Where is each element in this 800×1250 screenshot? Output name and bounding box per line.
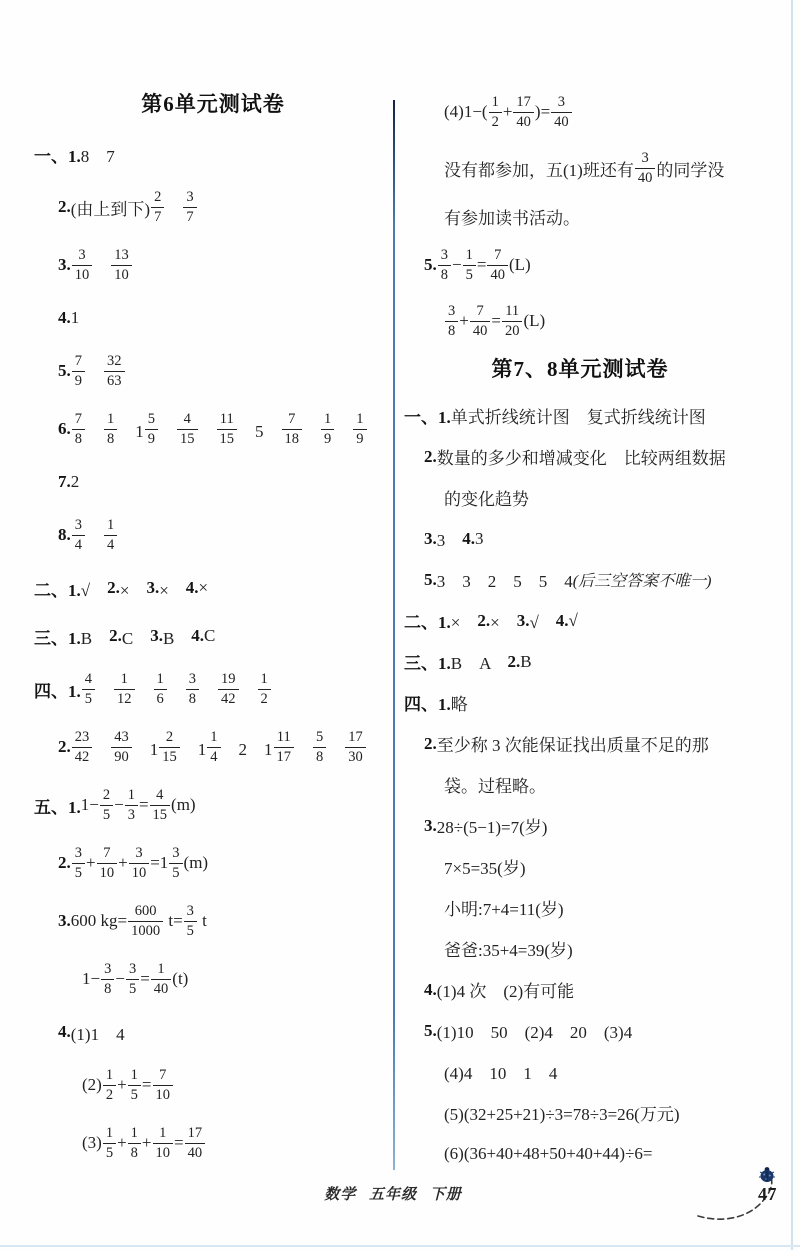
answer-label: 4. (58, 1022, 71, 1042)
answer-text: 1 (118, 417, 144, 442)
section-title: 第7、8单元测试卷 (404, 349, 796, 389)
answer-text (96, 677, 113, 702)
answer-label: 三、1. (404, 649, 451, 674)
answer-text: + (86, 853, 96, 873)
answer-text (93, 253, 110, 278)
answer-text: 1− (81, 795, 99, 815)
fraction: 1117 (274, 729, 295, 765)
answer-line: 四、1.45 112 16 38 1942 12 (34, 660, 392, 718)
answer-text (168, 677, 185, 702)
fraction-denominator: 5 (100, 806, 113, 824)
fraction-denominator: 12 (114, 690, 135, 708)
answer-label: 2. (107, 578, 120, 598)
answer-text: (L) (523, 311, 545, 331)
answer-label: 5. (424, 255, 437, 275)
fraction-numerator: 1 (489, 94, 502, 113)
fraction: 35 (169, 845, 182, 881)
fraction-denominator: 8 (72, 430, 85, 448)
fraction-denominator: 6 (154, 690, 167, 708)
answer-label: 一、1. (404, 403, 451, 428)
answer-text: 单式折线统计图 复式折线统计图 (451, 403, 706, 428)
answer-label: 2. (109, 626, 122, 646)
answer-text: 3 (475, 529, 484, 549)
answer-label: 3. (150, 626, 163, 646)
answer-line: 有参加读书活动。 (404, 196, 796, 237)
fraction: 38 (445, 303, 458, 339)
answer-line: 二、1.√ 2.× 3.× 4.× (34, 564, 392, 612)
answer-label: 五、1. (34, 793, 81, 818)
fraction-numerator: 3 (169, 845, 182, 864)
fraction: 18 (104, 411, 117, 447)
fraction-numerator: 5 (313, 729, 326, 748)
fraction-denominator: 17 (274, 748, 295, 766)
fraction-numerator: 3 (72, 517, 85, 536)
answer-text: (m) (171, 795, 196, 815)
fraction-numerator: 1 (353, 411, 366, 430)
fraction-denominator: 8 (128, 1144, 141, 1162)
answer-label: 3. (58, 911, 71, 931)
answer-line: 3.600 kg=6001000 t=35 t (34, 892, 392, 950)
answer-line: 6.78 18 159 415 1115 5 718 19 19 (34, 400, 392, 458)
fraction: 14 (104, 517, 117, 553)
fraction: 710 (153, 1067, 174, 1103)
footer-book-title: 数学 (324, 1187, 356, 1203)
fraction-numerator: 1 (128, 1067, 141, 1086)
answer-label: 2. (424, 447, 437, 467)
fraction-numerator: 2 (100, 787, 113, 806)
fraction: 12 (258, 671, 271, 707)
answer-text: 600 kg= (71, 911, 127, 931)
fraction-numerator: 4 (150, 787, 171, 806)
answer-text: = (491, 311, 501, 331)
answer-text: 2 1 (222, 735, 273, 760)
fraction: 38 (101, 961, 114, 997)
fraction-denominator: 90 (111, 748, 132, 766)
fraction: 16 (154, 671, 167, 707)
fraction-denominator: 5 (128, 1086, 141, 1104)
fraction: 58 (313, 729, 326, 765)
fraction-denominator: 3 (125, 806, 138, 824)
answer-text: 3 (437, 526, 463, 551)
answer-text: − (452, 255, 462, 275)
fraction-denominator: 10 (153, 1144, 174, 1162)
answer-line: 4.(1)4 次 (2)有可能 (404, 969, 796, 1010)
fraction-numerator: 1 (125, 787, 138, 806)
answer-line: 38+740=1120(L) (404, 293, 796, 349)
fraction-numerator: 3 (635, 150, 656, 169)
fraction-numerator: 1 (151, 961, 172, 980)
fraction: 1740 (513, 94, 534, 130)
fraction: 34 (72, 517, 85, 553)
answer-text: 1 (133, 735, 159, 760)
answer-text: (1)1 4 (71, 1020, 125, 1045)
answer-text (86, 359, 103, 384)
answer-text (335, 417, 352, 442)
fraction: 15 (128, 1067, 141, 1103)
fraction-numerator: 3 (101, 961, 114, 980)
fraction-numerator: 3 (438, 247, 451, 266)
fraction-numerator: 7 (153, 1067, 174, 1086)
fraction: 15 (463, 247, 476, 283)
fraction-numerator: 1 (104, 517, 117, 536)
fraction-numerator: 7 (282, 411, 303, 430)
fraction-numerator: 1 (154, 671, 167, 690)
fraction: 1310 (111, 247, 132, 283)
fraction: 3263 (104, 353, 125, 389)
answer-text: × (490, 608, 517, 633)
answer-line: 3.28÷(5−1)=7(岁) (404, 805, 796, 846)
fraction-numerator: 1 (103, 1067, 116, 1086)
answer-label: 4. (556, 611, 569, 631)
answer-line: 5.(1)10 50 (2)4 20 (3)4 (404, 1010, 796, 1051)
fraction: 45 (82, 671, 95, 707)
fraction-denominator: 42 (218, 690, 239, 708)
fraction: 19 (353, 411, 366, 447)
fraction-denominator: 9 (145, 430, 158, 448)
fraction-denominator: 15 (177, 430, 198, 448)
answer-label: 四、1. (34, 677, 81, 702)
answer-line: 二、1.× 2.× 3.√ 4.√ (404, 600, 796, 641)
answer-line: 8.34 14 (34, 506, 392, 564)
fraction-numerator: 4 (82, 671, 95, 690)
fraction: 1730 (345, 729, 366, 765)
answer-text: 至少称 3 次能保证找出质量不足的那 (437, 731, 709, 756)
note-text: (后三空答案不唯一) (573, 568, 712, 591)
fraction-numerator: 43 (111, 729, 132, 748)
fraction-numerator: 23 (72, 729, 93, 748)
answer-text (327, 735, 344, 760)
answer-text: (2) (82, 1075, 102, 1095)
answer-text: 1− (82, 969, 100, 989)
section-title: 第6单元测试卷 (34, 84, 392, 124)
fraction-numerator: 17 (185, 1125, 206, 1144)
fraction-numerator: 1 (104, 411, 117, 430)
answer-text: (1)10 50 (2)4 20 (3)4 (437, 1018, 632, 1043)
answer-label: 7. (58, 472, 71, 492)
answer-text: 7×5=35(岁) (444, 854, 526, 879)
fraction: 2342 (72, 729, 93, 765)
answer-text: (4)1−( (444, 102, 488, 122)
fraction-numerator: 1 (463, 247, 476, 266)
answer-label: 一、1. (34, 142, 81, 167)
answer-text: (5)(32+25+21)÷3=78÷3=26(万元) (444, 1100, 679, 1125)
answer-text: 1 (181, 735, 207, 760)
fraction-numerator: 3 (126, 961, 139, 980)
answer-line: 5.3 3 2 5 5 4(后三空答案不唯一) (404, 559, 796, 600)
fraction-denominator: 8 (104, 430, 117, 448)
fraction-denominator: 40 (551, 113, 572, 131)
fraction: 112 (114, 671, 135, 707)
fraction-denominator: 40 (185, 1144, 206, 1162)
fraction-numerator: 3 (445, 303, 458, 322)
fraction-denominator: 10 (97, 864, 118, 882)
answer-label: 3. (517, 611, 530, 631)
fraction-denominator: 42 (72, 748, 93, 766)
answer-text: = (142, 1075, 152, 1095)
fraction: 78 (72, 411, 85, 447)
dashed-curve-decoration (694, 1166, 798, 1222)
fraction-denominator: 4 (72, 536, 85, 554)
answer-text: t (198, 911, 207, 931)
fraction-numerator: 4 (177, 411, 198, 430)
answer-label: 8. (58, 525, 71, 545)
fraction-numerator: 32 (104, 353, 125, 372)
answer-text: (1)4 次 (2)有可能 (437, 977, 574, 1002)
answer-text: 8 7 (81, 142, 115, 167)
fraction-numerator: 3 (183, 189, 196, 208)
fraction: 710 (97, 845, 118, 881)
fraction-denominator: 40 (151, 980, 172, 998)
answer-label: 四、1. (404, 690, 451, 715)
fraction-denominator: 63 (104, 372, 125, 390)
answer-text: × (199, 578, 209, 598)
fraction: 27 (151, 189, 164, 225)
answer-line: 袋。过程略。 (404, 764, 796, 805)
answer-label: 二、1. (404, 608, 451, 633)
answer-label: 5. (424, 1021, 437, 1041)
answer-text: )= (535, 102, 550, 122)
answer-line: 三、1.B 2.C 3.B 4.C (34, 612, 392, 660)
answer-label: 6. (58, 419, 71, 439)
fraction: 1942 (218, 671, 239, 707)
fraction-numerator: 3 (551, 94, 572, 113)
fraction-numerator: 3 (186, 671, 199, 690)
answer-text: √ (81, 576, 107, 601)
answer-line: 4.(1)1 4 (34, 1008, 392, 1056)
answer-text: B (81, 624, 109, 649)
fraction-denominator: 10 (72, 266, 93, 284)
answer-text: =1 (150, 853, 168, 873)
answer-text: − (114, 795, 124, 815)
answer-text: √ (569, 611, 578, 631)
answer-text: + (118, 853, 128, 873)
fraction: 35 (72, 845, 85, 881)
answer-text: C (122, 624, 150, 649)
fraction-numerator: 17 (345, 729, 366, 748)
fraction-denominator: 1000 (128, 922, 163, 940)
page-footer: 数学 五年级 下册 (278, 1183, 508, 1204)
fraction-denominator: 5 (463, 266, 476, 284)
answer-line: 5.79 3263 (34, 342, 392, 400)
fraction-numerator: 1 (153, 1125, 174, 1144)
beetle-icon (757, 1166, 777, 1183)
fraction-denominator: 7 (151, 208, 164, 226)
answer-text: 数量的多少和增减变化 比较两组数据 (437, 444, 726, 469)
answer-text: (m) (184, 853, 209, 873)
fraction-numerator: 7 (72, 353, 85, 372)
answer-text (199, 417, 216, 442)
answer-line: 的变化趋势 (404, 477, 796, 518)
fraction: 37 (183, 189, 196, 225)
answer-text: 袋。过程略。 (444, 772, 546, 797)
answer-text: × (159, 576, 186, 601)
fraction: 140 (151, 961, 172, 997)
answer-line: 2.35+710+310=135(m) (34, 834, 392, 892)
answer-text: √ (529, 608, 555, 633)
answer-line: 2.数量的多少和增减变化 比较两组数据 (404, 436, 796, 477)
fraction-denominator: 8 (186, 690, 199, 708)
fraction-numerator: 5 (145, 411, 158, 430)
answer-text: t= (164, 911, 183, 931)
answer-text: 小明:7+4=11(岁) (444, 895, 564, 920)
answer-line: 一、1.8 7 (34, 130, 392, 178)
answer-line: 7×5=35(岁) (404, 846, 796, 887)
fraction-denominator: 4 (207, 748, 220, 766)
fraction-numerator: 1 (258, 671, 271, 690)
fraction-denominator: 40 (513, 113, 534, 131)
answer-text (136, 677, 153, 702)
answer-text: 略 (451, 690, 468, 715)
fraction-denominator: 2 (103, 1086, 116, 1104)
answer-text: = (139, 795, 149, 815)
answer-text: (L) (509, 255, 531, 275)
answer-text: (3) (82, 1133, 102, 1153)
fraction-numerator: 1 (103, 1125, 116, 1144)
fraction-numerator: 17 (513, 94, 534, 113)
answer-label: 5. (58, 361, 71, 381)
answer-text: × (451, 608, 478, 633)
fraction-denominator: 40 (470, 322, 491, 340)
answer-line: 2.至少称 3 次能保证找出质量不足的那 (404, 723, 796, 764)
answer-text: 1 (71, 308, 80, 328)
answer-text: + (503, 102, 513, 122)
page-number: 47 (758, 1184, 777, 1205)
answer-text (303, 417, 320, 442)
fraction-denominator: 5 (184, 922, 197, 940)
answer-text (93, 735, 110, 760)
fraction-numerator: 11 (502, 303, 523, 322)
fraction-numerator: 600 (128, 903, 163, 922)
answer-line: 4.1 (34, 294, 392, 342)
fraction-numerator: 3 (184, 903, 197, 922)
answer-text: + (142, 1133, 152, 1153)
answer-label: 4. (58, 308, 71, 328)
answer-label: 3. (424, 816, 437, 836)
answer-text (86, 417, 103, 442)
answer-text: (t) (172, 969, 188, 989)
answer-text: = (140, 969, 150, 989)
answer-line: 2.2342 4390 1215 114 2 11117 58 1730 (34, 718, 392, 776)
fraction-numerator: 2 (159, 729, 180, 748)
answer-line: 1−38−35=140(t) (34, 950, 392, 1008)
left-column: 第6单元测试卷一、1.8 72.(由上到下)27 373.310 13104.1… (34, 84, 392, 1172)
fraction: 740 (470, 303, 491, 339)
fraction-denominator: 10 (153, 1086, 174, 1104)
answer-line: (4)1−(12+1740)=340 (404, 84, 796, 140)
answer-label: 三、1. (34, 624, 81, 649)
answer-text: 5 (238, 417, 281, 442)
answer-text: + (117, 1075, 127, 1095)
answer-text: (6)(36+40+48+50+40+44)÷6= (444, 1144, 653, 1164)
answer-text: 爸爸:35+4=39(岁) (444, 936, 573, 961)
answer-text: (4)4 10 1 4 (444, 1059, 557, 1084)
answer-label: 3. (424, 529, 437, 549)
fraction-numerator: 3 (72, 845, 85, 864)
fraction: 35 (184, 903, 197, 939)
fraction-denominator: 9 (72, 372, 85, 390)
fraction: 35 (126, 961, 139, 997)
answer-label: 3. (58, 255, 71, 275)
footer-grade: 五年级 (369, 1187, 417, 1203)
fraction-denominator: 30 (345, 748, 366, 766)
answer-text: 28÷(5−1)=7(岁) (437, 813, 548, 838)
answer-line: (5)(32+25+21)÷3=78÷3=26(万元) (404, 1092, 796, 1133)
fraction: 19 (321, 411, 334, 447)
answer-text (165, 195, 182, 220)
fraction-denominator: 10 (111, 266, 132, 284)
answer-label: 4. (462, 529, 475, 549)
answer-text: 2 (71, 472, 80, 492)
fraction-numerator: 7 (470, 303, 491, 322)
fraction-numerator: 2 (151, 189, 164, 208)
answer-text: × (120, 576, 147, 601)
fraction: 110 (153, 1125, 174, 1161)
fraction: 415 (177, 411, 198, 447)
fraction-numerator: 1 (321, 411, 334, 430)
page-edge-bottom (0, 1245, 800, 1247)
fraction-numerator: 7 (72, 411, 85, 430)
fraction: 14 (207, 729, 220, 765)
answer-text (295, 735, 312, 760)
answer-text: 没有都参加，五(1)班还有 (444, 156, 634, 181)
answer-line: (2)12+15=710 (34, 1056, 392, 1114)
answer-text: 的变化趋势 (444, 485, 529, 510)
workbook-answer-page: 第6单元测试卷一、1.8 72.(由上到下)27 373.310 13104.1… (0, 0, 800, 1250)
fraction-denominator: 7 (183, 208, 196, 226)
fraction-denominator: 5 (103, 1144, 116, 1162)
answer-text: 3 3 2 5 5 4 (437, 567, 573, 592)
fraction-denominator: 5 (82, 690, 95, 708)
fraction: 1120 (502, 303, 523, 339)
fraction-numerator: 7 (97, 845, 118, 864)
answer-label: 4. (191, 626, 204, 646)
answer-label: 2. (507, 652, 520, 672)
fraction-denominator: 8 (313, 748, 326, 766)
answer-text: B A (451, 649, 508, 674)
fraction: 215 (159, 729, 180, 765)
fraction: 340 (551, 94, 572, 130)
fraction-denominator: 2 (489, 113, 502, 131)
fraction-denominator: 40 (635, 169, 656, 187)
answer-label: 2. (424, 734, 437, 754)
answer-text: B (520, 652, 531, 672)
fraction: 415 (150, 787, 171, 823)
answer-line: 三、1.B A 2.B (404, 641, 796, 682)
answer-line: 3.3 4.3 (404, 518, 796, 559)
answer-line: (4)4 10 1 4 (404, 1051, 796, 1092)
answer-label: 二、1. (34, 576, 81, 601)
fraction-denominator: 8 (438, 266, 451, 284)
right-column: (4)1−(12+1740)=340没有都参加，五(1)班还有340的同学没有参… (404, 84, 796, 1174)
answer-text (159, 417, 176, 442)
answer-line: 5.38−15=740(L) (404, 237, 796, 293)
fraction: 12 (489, 94, 502, 130)
fraction-denominator: 2 (258, 690, 271, 708)
fraction: 12 (103, 1067, 116, 1103)
fraction: 310 (129, 845, 150, 881)
answer-line: 7.2 (34, 458, 392, 506)
answer-text: B (163, 624, 191, 649)
fraction: 15 (103, 1125, 116, 1161)
answer-text: = (477, 255, 487, 275)
fraction-denominator: 9 (321, 430, 334, 448)
answer-line: 五、1.1−25−13=415(m) (34, 776, 392, 834)
answer-line: 小明:7+4=11(岁) (404, 887, 796, 928)
fraction: 6001000 (128, 903, 163, 939)
fraction: 18 (128, 1125, 141, 1161)
fraction-numerator: 1 (128, 1125, 141, 1144)
answer-line: 3.310 1310 (34, 236, 392, 294)
